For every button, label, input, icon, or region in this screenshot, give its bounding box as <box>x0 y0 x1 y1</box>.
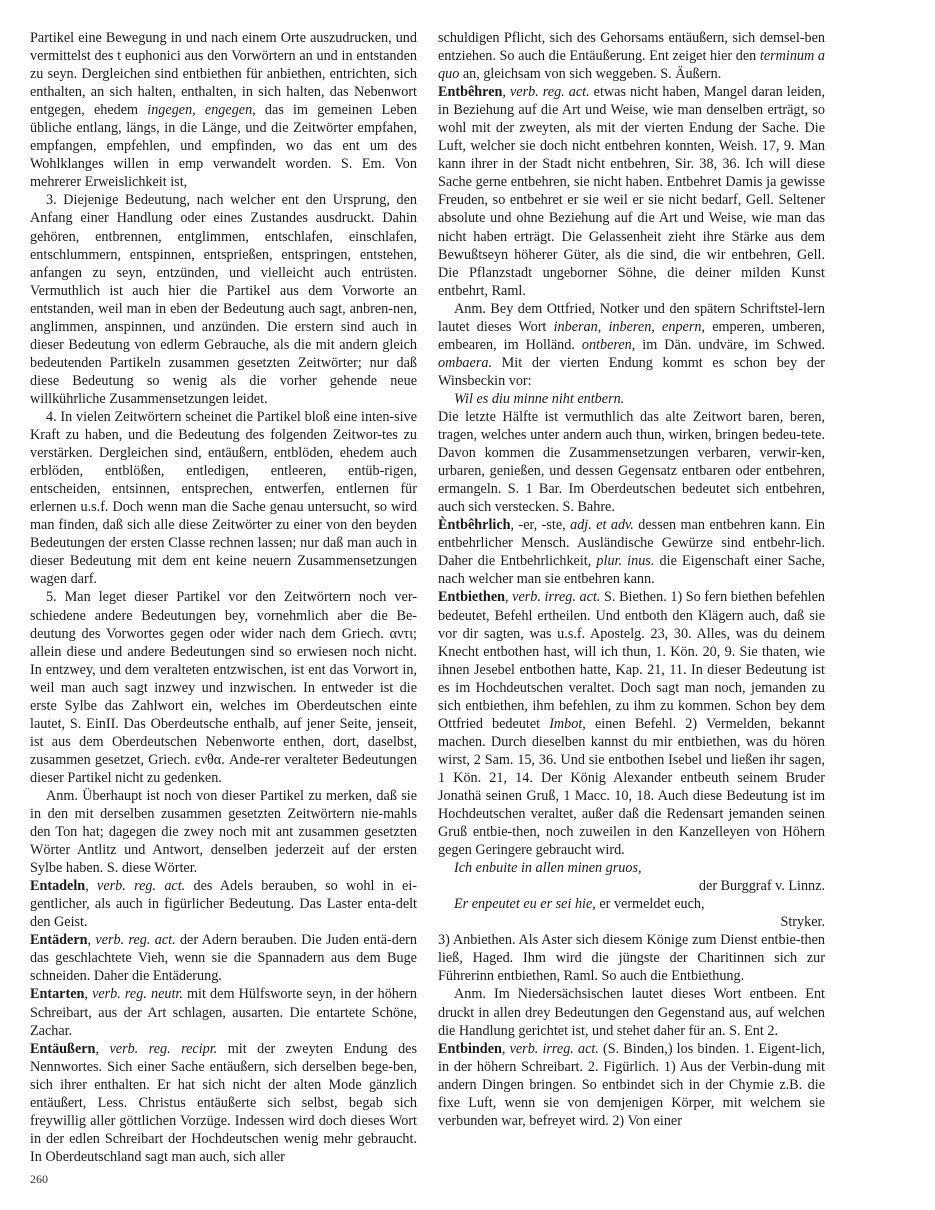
dictionary-entry: Èntbêhrlich, -er, -ste, adj. et adv. des… <box>438 516 825 588</box>
headword: Entbinden <box>438 1041 502 1057</box>
text: Anm. Im Niedersächsischen lautet dieses … <box>438 986 825 1038</box>
paragraph: 3) Anbiethen. Als Aster sich diesem Köni… <box>438 931 825 985</box>
right-column: schuldigen Pflicht, sich des Gehorsams e… <box>438 29 825 1130</box>
text: Die letzte Hälfte ist vermuthlich das al… <box>438 409 825 515</box>
text: Anm. Überhaupt ist noch von dieser Parti… <box>30 788 417 876</box>
paragraph: Anm. Überhaupt ist noch von dieser Parti… <box>30 787 417 877</box>
italic-text: verb. reg. neutr. <box>92 986 183 1002</box>
text: Mit der vierten Endung kommt es schon be… <box>438 355 825 389</box>
verse-quote: Ich enbuite in allen minen gruos, <box>438 859 825 877</box>
italic-text: ingegen, engegen, <box>147 102 255 118</box>
italic-text: Er enpeutet eu er sei hie, <box>454 896 596 912</box>
italic-text: ombaera. <box>438 355 492 371</box>
paragraph: 3. Diejenige Bedeutung, nach welcher ent… <box>30 191 417 408</box>
citation-source: Stryker. <box>438 913 825 931</box>
page-number: 260 <box>30 1172 48 1187</box>
text: etwas nicht haben, Mangel daran leiden, … <box>438 84 825 299</box>
text: der Burggraf v. Linnz. <box>699 878 825 894</box>
paragraph: 5. Man leget dieser Partikel vor den Zei… <box>30 588 417 787</box>
paragraph: Anm. Bey dem Ottfried, Notker und den sp… <box>438 300 825 390</box>
text: er vermeldet euch, <box>596 896 705 912</box>
citation-source: der Burggraf v. Linnz. <box>438 877 825 895</box>
dictionary-entry: Entbinden, verb. irreg. act. (S. Binden,… <box>438 1040 825 1130</box>
text: mit der zweyten Endung des Nennwortes. S… <box>30 1041 417 1165</box>
dictionary-entry: Entbiethen, verb. irreg. act. S. Biethen… <box>438 588 825 859</box>
verse-quote: Wil es diu minne niht entbern. <box>438 390 825 408</box>
italic-text: inberan, inberen, enpern, <box>554 319 705 335</box>
italic-text: verb. irreg. act. <box>510 1041 599 1057</box>
text: , <box>95 1041 109 1057</box>
italic-text: verb. reg. recipr. <box>109 1041 217 1057</box>
italic-text: Imbot, <box>549 716 586 732</box>
text: im Dän. undväre, im Schwed. <box>635 337 825 353</box>
headword: Entbiethen <box>438 589 505 605</box>
italic-text: adj. et adv. <box>570 517 634 533</box>
italic-text: verb. reg. act. <box>97 878 185 894</box>
text: , -er, -ste, <box>511 517 571 533</box>
paragraph: schuldigen Pflicht, sich des Gehorsams e… <box>438 29 825 83</box>
text: 3. Diejenige Bedeutung, nach welcher ent… <box>30 192 417 407</box>
italic-text: verb. reg. act. <box>95 932 175 948</box>
italic-text: verb. reg. act. <box>510 84 590 100</box>
dictionary-entry: Entbêhren, verb. reg. act. etwas nicht h… <box>438 83 825 300</box>
dictionary-entry: Entarten, verb. reg. neutr. mit dem Hülf… <box>30 985 417 1039</box>
italic-text: Ich enbuite in allen minen gruos, <box>454 860 642 876</box>
text: an, gleichsam von sich weggeben. S. Äuße… <box>459 66 721 82</box>
text: S. Biethen. 1) So fern biethen befehlen … <box>438 589 825 731</box>
headword: Èntbêhrlich <box>438 517 511 533</box>
dictionary-entry: Entäußern, verb. reg. recipr. mit der zw… <box>30 1040 417 1166</box>
dictionary-page: Partikel eine Bewegung in und nach einem… <box>0 0 935 1210</box>
text: Stryker. <box>780 914 825 930</box>
text: , <box>502 84 510 100</box>
paragraph: 4. In vielen Zeitwörtern scheinet die Pa… <box>30 408 417 588</box>
headword: Entäußern <box>30 1041 95 1057</box>
text: , <box>84 986 92 1002</box>
text: , <box>502 1041 510 1057</box>
text: 4. In vielen Zeitwörtern scheinet die Pa… <box>30 409 417 587</box>
left-column: Partikel eine Bewegung in und nach einem… <box>30 29 417 1166</box>
headword: Entarten <box>30 986 84 1002</box>
paragraph: Die letzte Hälfte ist vermuthlich das al… <box>438 408 825 516</box>
text: einen Befehl. 2) Vermelden, bekannt mach… <box>438 716 825 858</box>
italic-text: plur. inus. <box>596 553 654 569</box>
headword: Entbêhren <box>438 84 502 100</box>
dictionary-entry: Entädern, verb. reg. act. der Adern bera… <box>30 931 417 985</box>
headword: Entädern <box>30 932 88 948</box>
text: 5. Man leget dieser Partikel vor den Zei… <box>30 589 417 785</box>
headword: Entadeln <box>30 878 85 894</box>
italic-text: Wil es diu minne niht entbern. <box>454 391 624 407</box>
italic-text: verb. irreg. act. <box>512 589 600 605</box>
text: , <box>85 878 97 894</box>
dictionary-entry: Entadeln, verb. reg. act. des Adels bera… <box>30 877 417 931</box>
paragraph: Anm. Im Niedersächsischen lautet dieses … <box>438 985 825 1039</box>
italic-text: ontberen, <box>582 337 635 353</box>
text: 3) Anbiethen. Als Aster sich diesem Köni… <box>438 932 825 984</box>
verse-quote: Er enpeutet eu er sei hie, er vermeldet … <box>438 895 825 913</box>
paragraph: Partikel eine Bewegung in und nach einem… <box>30 29 417 191</box>
